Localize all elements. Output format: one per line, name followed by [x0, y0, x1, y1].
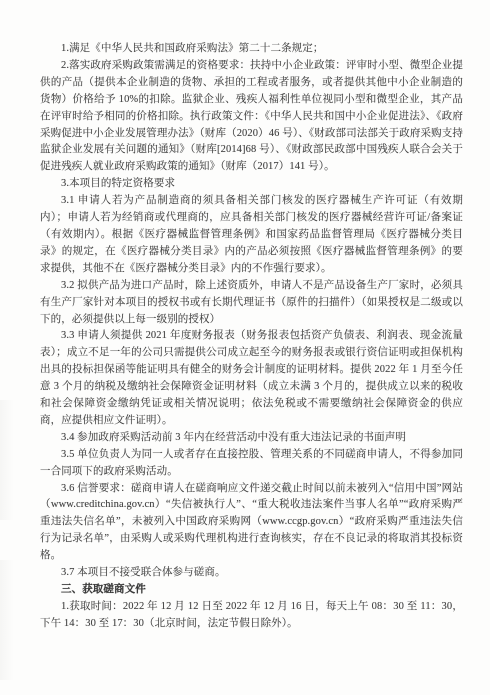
clause-3-3: 3.3 申请人须提供 2021 年度财务报表（财务报表包括资产负债表、利润表、现…: [40, 328, 463, 429]
clause-3: 3.本项目的特定资格要求: [40, 176, 463, 193]
clause-3-4: 3.4 参加政府采购活动前 3 年内在经营活动中没有重大违法记录的书面声明: [40, 430, 463, 447]
clause-obtain-time: 1.获取时间：2022 年 12 月 12 日至 2022 年 12 月 16 …: [40, 599, 463, 633]
scan-artifact: [0, 560, 14, 680]
clause-3-6: 3.6 信誉要求：磋商申请人在磋商响应文件递交截止时间以前未被列入“信用中国”网…: [40, 481, 463, 566]
clause-2: 2.落实政府采购政策需满足的资格要求：扶持中小企业政策：评审时小型、微型企业提供…: [40, 58, 463, 176]
clause-3-7: 3.7 本项目不接受联合体参与磋商。: [40, 565, 463, 582]
scanned-document-page: 1.满足《中华人民共和国政府采购法》第二十二条规定； 2.落实政府采购政策需满足…: [0, 0, 490, 695]
section-heading-obtain-documents: 三、获取磋商文件: [40, 582, 463, 599]
document-body: 1.满足《中华人民共和国政府采购法》第二十二条规定； 2.落实政府采购政策需满足…: [40, 41, 463, 633]
clause-3-1: 3.1 申请人若为产品制造商的须具备相关部门核发的医疗器械生产许可证（有效期内）…: [40, 193, 463, 278]
scan-artifact: [0, 400, 14, 520]
clause-3-5: 3.5 单位负责人为同一人或者存在直接控股、管理关系的不同磋商申请人，不得参加同…: [40, 447, 463, 481]
clause-1: 1.满足《中华人民共和国政府采购法》第二十二条规定；: [40, 41, 463, 58]
clause-3-2: 3.2 拟供产品为进口产品时，除上述资质外，申请人不是产品设备生产厂家时，必须具…: [40, 278, 463, 329]
